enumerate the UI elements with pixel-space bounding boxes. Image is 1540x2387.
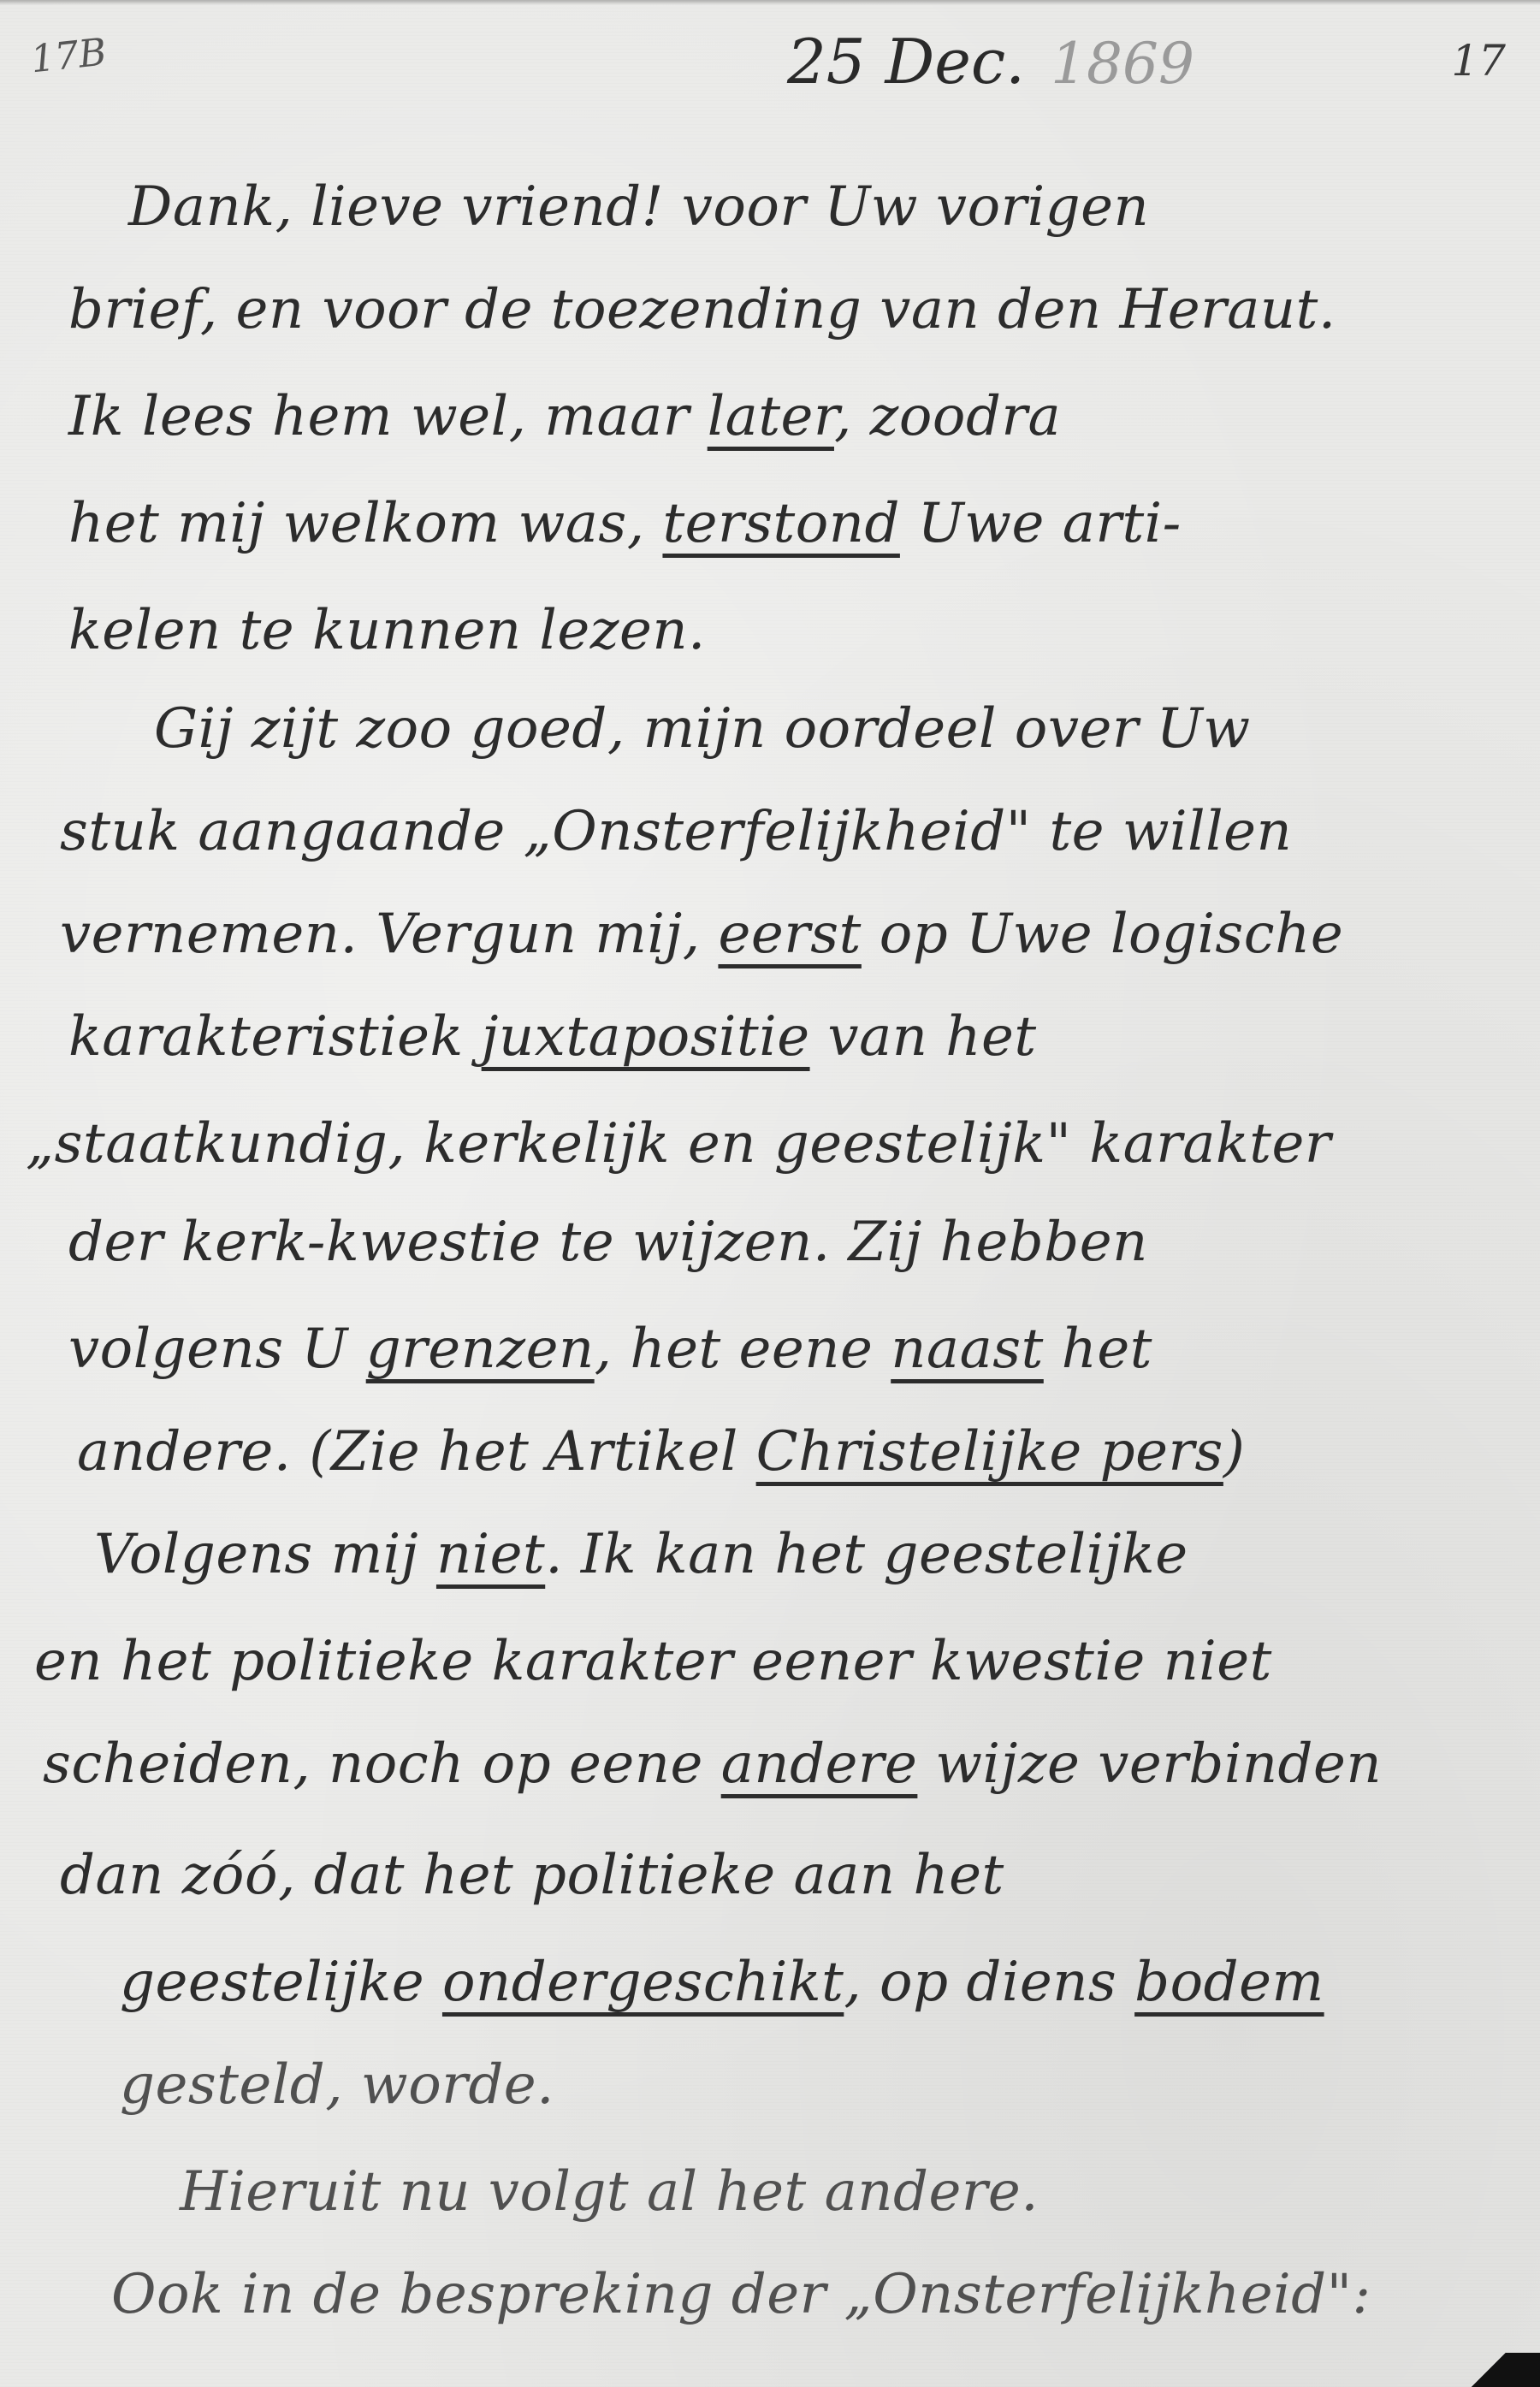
date-year: 1869 [1051, 31, 1194, 97]
text-segment: Ook in de bespreking der „Onsterfelijkhe… [111, 2263, 1371, 2326]
text-segment: geestelijke [120, 1951, 442, 2014]
underlined-word: eerst [718, 903, 861, 966]
text-segment: ) [1223, 1420, 1245, 1484]
text-segment: en het politieke karakter eener kwestie … [34, 1630, 1272, 1693]
text-line: gesteld, worde. [120, 2053, 554, 2117]
letter-date: 25 Dec.1869 [787, 26, 1194, 98]
text-line: scheiden, noch op eene andere wijze verb… [43, 1732, 1382, 1796]
text-line: en het politieke karakter eener kwestie … [34, 1630, 1272, 1693]
text-line: stuk aangaande „Onsterfelijkheid" te wil… [60, 800, 1292, 863]
text-line: volgens U grenzen, het eene naast het [68, 1318, 1152, 1381]
text-segment: karakteristiek [68, 1005, 482, 1069]
text-line: geestelijke ondergeschikt, op diens bode… [120, 1951, 1324, 2014]
text-segment: der kerk-kwestie te wijzen. Zij hebben [68, 1211, 1148, 1274]
text-segment: , zoodra [834, 385, 1061, 448]
underlined-word: later [708, 385, 834, 448]
text-line: kelen te kunnen lezen. [68, 599, 706, 662]
text-segment: . Ik kan het geestelijke [545, 1523, 1188, 1586]
text-segment: het [1044, 1318, 1152, 1381]
text-segment: dan zóó, dat het politieke aan het [60, 1844, 1004, 1907]
underlined-word: terstond [662, 492, 899, 555]
text-line: Hieruit nu volgt al het andere. [180, 2160, 1039, 2224]
letter-page: 17B 25 Dec.1869 17 Dank, lieve vriend! v… [0, 0, 1540, 2387]
text-segment: wijze verbinden [917, 1732, 1382, 1796]
text-segment: kelen te kunnen lezen. [68, 599, 706, 662]
text-segment: , op diens [844, 1951, 1134, 2014]
underlined-word: grenzen [366, 1318, 595, 1381]
text-segment: Uwe arti- [900, 492, 1182, 555]
text-segment: brief, en voor de toezending van den Her… [68, 278, 1336, 341]
text-line: Ook in de bespreking der „Onsterfelijkhe… [111, 2263, 1371, 2326]
underlined-word: naast [891, 1318, 1044, 1381]
text-segment: , het eene [595, 1318, 891, 1381]
text-segment: stuk aangaande „Onsterfelijkheid" te wil… [60, 800, 1292, 863]
text-line: Dank, lieve vriend! voor Uw vorigen [128, 175, 1149, 239]
text-line: der kerk-kwestie te wijzen. Zij hebben [68, 1211, 1148, 1274]
underlined-word: Christelijke pers [756, 1420, 1223, 1484]
date-day-month: 25 Dec. [787, 26, 1025, 98]
text-segment: volgens U [68, 1318, 366, 1381]
text-line: „staatkundig, kerkelijk en geestelijk" k… [26, 1112, 1331, 1176]
underlined-word: juxtapositie [482, 1005, 810, 1069]
text-segment: andere. (Zie het Artikel [77, 1420, 756, 1484]
text-segment: gesteld, worde. [120, 2053, 554, 2117]
folio-mark: 17B [29, 31, 109, 82]
text-line: brief, en voor de toezending van den Her… [68, 278, 1336, 341]
text-line: Gij zijt zoo goed, mijn oordeel over Uw [154, 697, 1251, 761]
text-line: Volgens mij niet. Ik kan het geestelijke [94, 1523, 1188, 1586]
text-segment: Gij zijt zoo goed, mijn oordeel over Uw [154, 697, 1251, 761]
text-segment: „staatkundig, kerkelijk en geestelijk" k… [26, 1112, 1331, 1176]
text-segment: Dank, lieve vriend! voor Uw vorigen [128, 175, 1149, 239]
underlined-word: niet [436, 1523, 545, 1586]
text-segment: op Uwe logische [862, 903, 1343, 966]
text-segment: Ik lees hem wel, maar [68, 385, 708, 448]
underlined-word: andere [721, 1732, 918, 1796]
text-line: Ik lees hem wel, maar later, zoodra [68, 385, 1061, 448]
underlined-word: ondergeschikt [442, 1951, 844, 2014]
text-segment: van het [810, 1005, 1037, 1069]
scan-edge-shadow [0, 0, 1540, 5]
text-line: het mij welkom was, terstond Uwe arti- [68, 492, 1182, 555]
scan-corner-shadow [1437, 2353, 1540, 2387]
text-line: karakteristiek juxtapositie van het [68, 1005, 1037, 1069]
text-segment: Volgens mij [94, 1523, 436, 1586]
text-line: dan zóó, dat het politieke aan het [60, 1844, 1004, 1907]
text-segment: het mij welkom was, [68, 492, 662, 555]
text-segment: vernemen. Vergun mij, [60, 903, 718, 966]
text-line: andere. (Zie het Artikel Christelijke pe… [77, 1420, 1245, 1484]
text-segment: Hieruit nu volgt al het andere. [180, 2160, 1039, 2224]
underlined-word: bodem [1134, 1951, 1324, 2014]
text-segment: scheiden, noch op eene [43, 1732, 721, 1796]
text-line: vernemen. Vergun mij, eerst op Uwe logis… [60, 903, 1343, 966]
page-number: 17 [1451, 36, 1506, 86]
